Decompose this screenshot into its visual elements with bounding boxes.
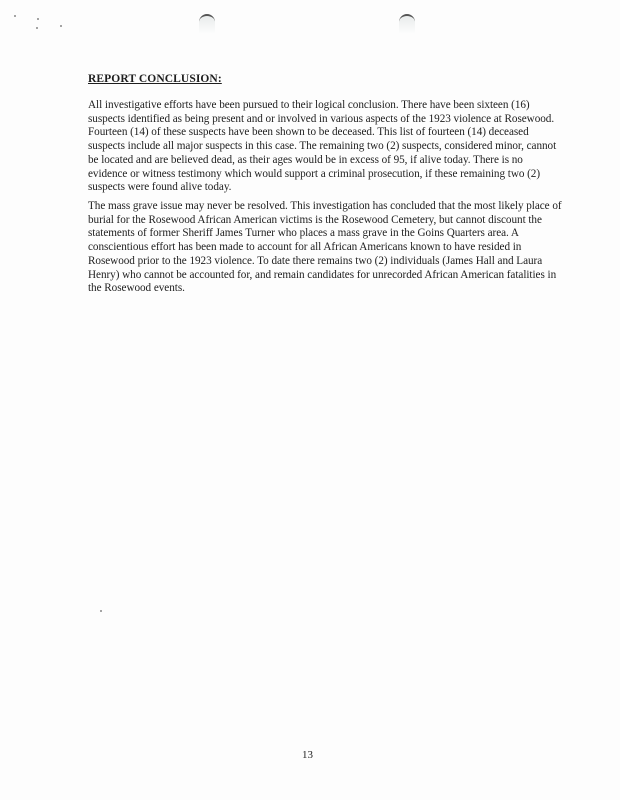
page-number: 13 [302, 749, 313, 761]
text-line: suspects include all major suspects in t… [88, 140, 548, 154]
text-line: burial for the Rosewood African American… [88, 214, 548, 228]
scan-speck [14, 15, 16, 17]
text-line: conscientious effort has been made to ac… [88, 241, 548, 255]
scan-speck [36, 27, 38, 29]
scan-speck [37, 18, 39, 20]
scan-speck [60, 25, 62, 27]
text-line: suspects identified as being present and… [88, 113, 548, 127]
text-line: evidence or witness testimony which woul… [88, 168, 548, 182]
paragraph-mass-grave: The mass grave issue may never be resolv… [88, 200, 548, 296]
punch-hole-right [399, 14, 415, 34]
text-line: The mass grave issue may never be resolv… [88, 200, 548, 214]
text-line: the Rosewood events. [88, 282, 548, 296]
report-heading: REPORT CONCLUSION: [88, 73, 222, 85]
text-line: Fourteen (14) of these suspects have bee… [88, 126, 548, 140]
text-line: suspects were found alive today. [88, 181, 548, 195]
punch-hole-left [199, 14, 215, 34]
text-line: Rosewood prior to the 1923 violence. To … [88, 255, 548, 269]
text-line: Henry) who cannot be accounted for, and … [88, 269, 548, 283]
text-line: statements of former Sheriff James Turne… [88, 227, 548, 241]
text-line: be located and are believed dead, as the… [88, 154, 548, 168]
text-line: All investigative efforts have been purs… [88, 99, 548, 113]
paragraph-suspects: All investigative efforts have been purs… [88, 99, 548, 195]
scan-speck [100, 610, 102, 612]
